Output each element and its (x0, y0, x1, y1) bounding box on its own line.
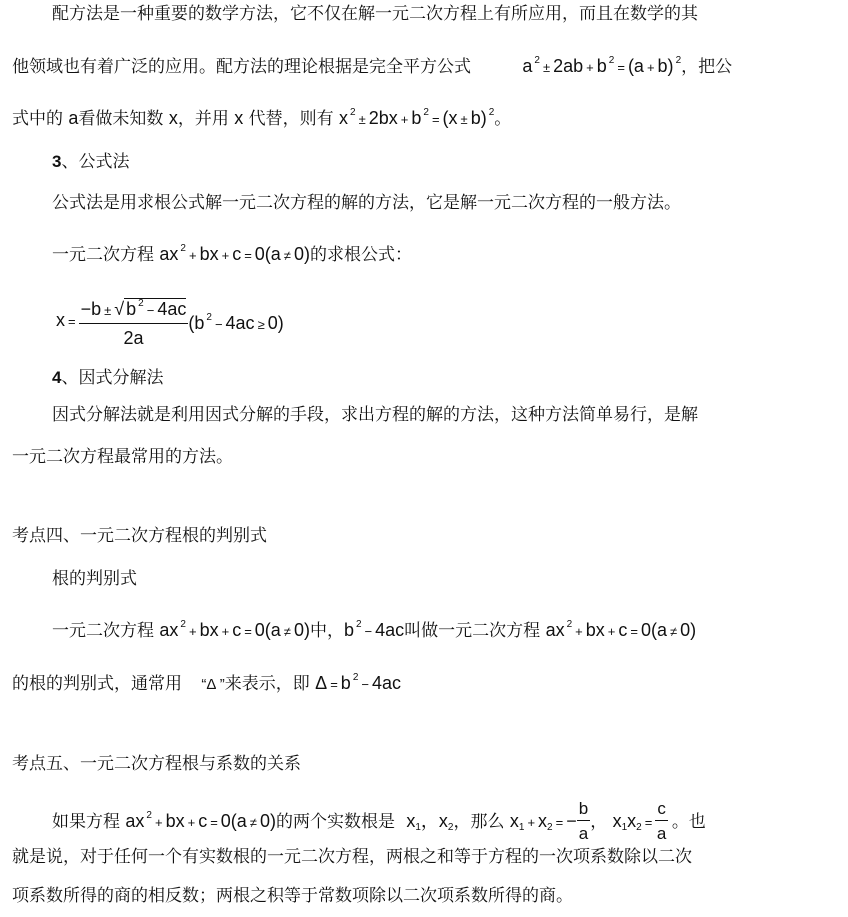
kaodian5-line-2: 就是说，对于任何一个有实数根的一元二次方程，两根之和等于方程的一次项系数除以二次 (12, 846, 692, 868)
section4-line-1: 因式分解法就是利用因式分解的手段，求出方程的解的方法，这种方法简单易行，是解 (52, 404, 698, 426)
text-fragment: 来表示，即 (225, 674, 310, 694)
section-title: 、公式法 (61, 152, 129, 172)
kaodian5-line-3: 项系数所得的商的相反数；两根之积等于常数项除以二次项系数所得的商。 (12, 885, 573, 907)
discriminant-expr: b2−4ac (344, 620, 404, 640)
text-fragment: 的两个实数根是 (276, 812, 395, 832)
quadratic-equation: ax2+bx+c=0(a≠0) (159, 620, 310, 640)
variable-x: x (169, 108, 178, 128)
peifang-tail: ，把公 (681, 57, 732, 77)
quadratic-equation: ax2+bx+c=0(a≠0) (546, 620, 697, 640)
peifang-line-3: 式中的 a看做未知数 x，并用 x 代替，则有 x2±2bx+b2=(x±b)2… (12, 102, 511, 131)
root-formula: x= −b±√b2−4ac 2a (b2−4ac≥0) (56, 292, 284, 350)
text-fragment: 中， (310, 621, 344, 641)
kaodian5-heading: 考点五、一元二次方程根与系数的关系 (12, 753, 301, 775)
section4-heading: 4、因式分解法 (52, 367, 163, 389)
peifang-text: 他领域也有着广泛的应用。配方法的理论根据是完全平方公式 (12, 57, 471, 77)
text-fragment: 如果方程 (52, 812, 120, 832)
quadratic-equation: ax2+bx+c=0(a≠0) (125, 811, 276, 831)
kaodian5-line-1: 如果方程 ax2+bx+c=0(a≠0)的两个实数根是 x1，x2，那么 x1+… (52, 798, 706, 845)
peifang-line-1: 配方法是一种重要的数学方法，它不仅在解一元二次方程上有所应用，而且在数学的其 (52, 3, 698, 25)
text-fragment: 看做未知数 (78, 109, 163, 129)
quadratic-equation: ax2+bx+c=0(a≠0) (159, 244, 310, 264)
discriminant-formula: Δ=b2−4ac (315, 673, 401, 693)
root-formula-denominator: 2a (79, 324, 189, 350)
square-formula-x: x2±2bx+b2=(x±b)2 (339, 108, 494, 128)
text-fragment: 的根的判别式，通常用 (12, 674, 182, 694)
text-fragment: 式中的 (12, 109, 63, 129)
section4-line-2: 一元二次方程最常用的方法。 (12, 446, 233, 468)
root-formula-fraction: −b±√b2−4ac 2a (79, 292, 189, 350)
text-fragment: 。 (494, 109, 511, 129)
text-fragment: 的求根公式： (310, 245, 412, 265)
section3-heading: 3、公式法 (52, 151, 129, 173)
root-formula-numerator: −b±√b2−4ac (79, 292, 189, 324)
delta-symbol: “Δ ” (201, 676, 224, 693)
kaodian4-heading: 考点四、一元二次方程根的判别式 (12, 525, 267, 547)
root-formula-condition: (b2−4ac≥0) (188, 313, 283, 333)
text-fragment: ，并用 (178, 109, 229, 129)
product-of-roots-formula: x1x2=ca (613, 811, 668, 831)
section-title: 、因式分解法 (61, 368, 163, 388)
text-fragment: 。也 (672, 812, 706, 832)
text-fragment: ，那么 (453, 812, 504, 832)
kaodian4-line-1: 一元二次方程 ax2+bx+c=0(a≠0)中，b2−4ac叫做一元二次方程 a… (52, 614, 696, 643)
text-fragment: 一元二次方程 (52, 621, 154, 641)
text-fragment: 叫做一元二次方程 (404, 621, 540, 641)
text-fragment: 代替，则有 (249, 109, 334, 129)
section3-intro: 一元二次方程 ax2+bx+c=0(a≠0)的求根公式： (52, 238, 412, 267)
sum-of-roots-formula: x1+x2=−ba (510, 811, 590, 831)
section3-desc: 公式法是用求根公式解一元二次方程的解的方法，它是解一元二次方程的一般方法。 (52, 192, 681, 214)
kaodian4-subheading: 根的判别式 (52, 568, 137, 590)
variable-a: a (68, 108, 78, 128)
roots: x1，x2 (406, 811, 453, 831)
text-fragment: 一元二次方程 (52, 245, 154, 265)
root-formula-lhs: x= (56, 310, 79, 330)
text-fragment: ， (590, 812, 607, 832)
perfect-square-formula: a2±2ab+b2=(a+b)2 (522, 56, 681, 76)
kaodian4-line-2: 的根的判别式，通常用 “Δ ”来表示，即 Δ=b2−4ac (12, 667, 401, 696)
variable-x: x (234, 108, 243, 128)
peifang-line-2: 他领域也有着广泛的应用。配方法的理论根据是完全平方公式 a2±2ab+b2=(a… (12, 50, 732, 79)
